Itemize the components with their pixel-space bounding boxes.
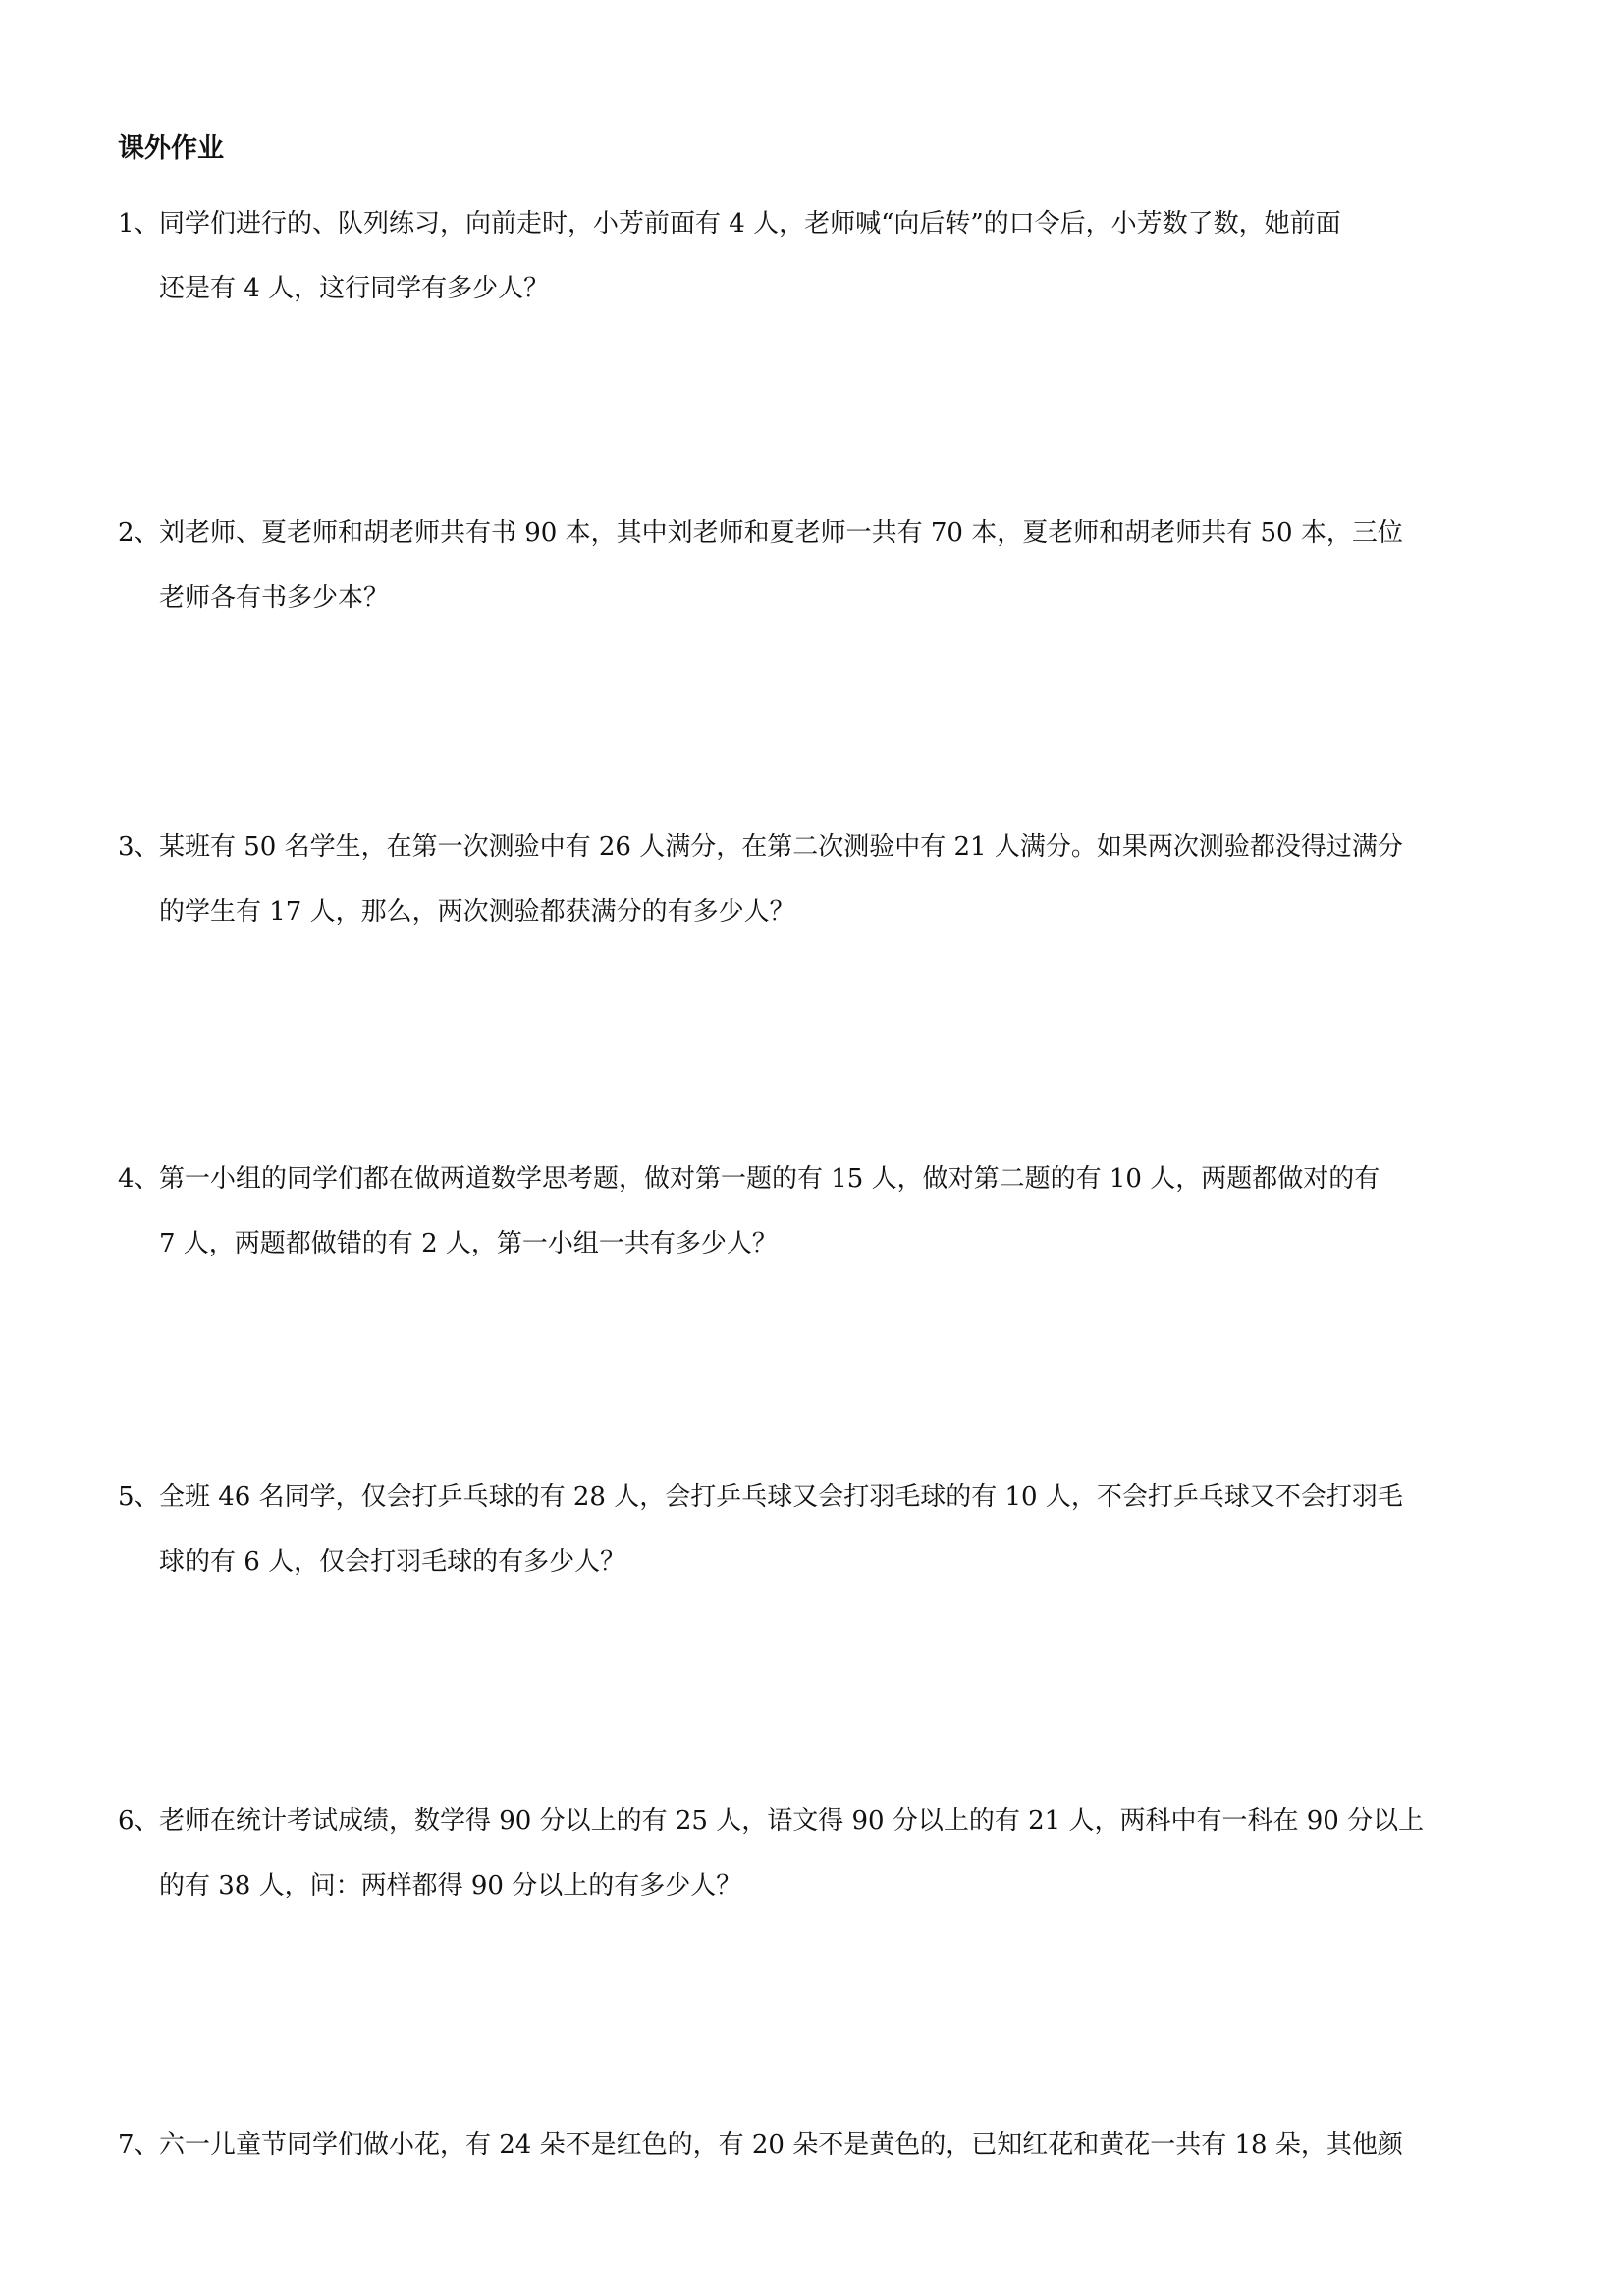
question-text: 刘老师、夏老师和胡老师共有书 90 本，其中刘老师和夏老师一共有 70 本，夏老…	[159, 518, 1403, 548]
question-2: 2、刘老师、夏老师和胡老师共有书 90 本，其中刘老师和夏老师一共有 70 本，…	[118, 501, 1522, 630]
question-number: 7、	[118, 2112, 159, 2177]
question-number: 3、	[118, 815, 159, 880]
question-1: 1、同学们进行的、队列练习，向前走时，小芳前面有 4 人，老师喊“向后转”的口令…	[118, 191, 1522, 321]
question-5-line-2: 球的有 6 人，仅会打羽毛球的有多少人？	[118, 1529, 1522, 1594]
question-3-line-1: 3、某班有 50 名学生，在第一次测验中有 26 人满分，在第二次测验中有 21…	[118, 815, 1522, 880]
question-3: 3、某班有 50 名学生，在第一次测验中有 26 人满分，在第二次测验中有 21…	[118, 815, 1522, 944]
question-3-line-2: 的学生有 17 人，那么，两次测验都获满分的有多少人？	[118, 880, 1522, 944]
question-4: 4、第一小组的同学们都在做两道数学思考题，做对第一题的有 15 人，做对第二题的…	[118, 1147, 1522, 1276]
question-text: 六一儿童节同学们做小花，有 24 朵不是红色的，有 20 朵不是黄色的，已知红花…	[159, 2130, 1403, 2160]
question-7: 7、六一儿童节同学们做小花，有 24 朵不是红色的，有 20 朵不是黄色的，已知…	[118, 2112, 1522, 2177]
question-number: 6、	[118, 1789, 159, 1853]
question-4-line-2: 7 人，两题都做错的有 2 人，第一小组一共有多少人？	[118, 1211, 1522, 1276]
question-6-line-2: 的有 38 人，问：两样都得 90 分以上的有多少人？	[118, 1853, 1522, 1918]
question-2-line-1: 2、刘老师、夏老师和胡老师共有书 90 本，其中刘老师和夏老师一共有 70 本，…	[118, 501, 1522, 565]
question-5: 5、全班 46 名同学，仅会打乒乓球的有 28 人，会打乒乓球又会打羽毛球的有 …	[118, 1465, 1522, 1594]
question-text: 老师在统计考试成绩，数学得 90 分以上的有 25 人，语文得 90 分以上的有…	[159, 1806, 1424, 1836]
question-1-line-2: 还是有 4 人，这行同学有多少人？	[118, 256, 1522, 321]
worksheet-title: 课外作业	[118, 130, 224, 169]
question-5-line-1: 5、全班 46 名同学，仅会打乒乓球的有 28 人，会打乒乓球又会打羽毛球的有 …	[118, 1465, 1522, 1529]
question-text: 全班 46 名同学，仅会打乒乓球的有 28 人，会打乒乓球又会打羽毛球的有 10…	[159, 1482, 1403, 1512]
question-7-line-1: 7、六一儿童节同学们做小花，有 24 朵不是红色的，有 20 朵不是黄色的，已知…	[118, 2112, 1522, 2177]
question-4-line-1: 4、第一小组的同学们都在做两道数学思考题，做对第一题的有 15 人，做对第二题的…	[118, 1147, 1522, 1211]
question-6: 6、老师在统计考试成绩，数学得 90 分以上的有 25 人，语文得 90 分以上…	[118, 1789, 1522, 1918]
question-number: 2、	[118, 501, 159, 565]
question-text: 第一小组的同学们都在做两道数学思考题，做对第一题的有 15 人，做对第二题的有 …	[159, 1164, 1380, 1194]
question-2-line-2: 老师各有书多少本？	[118, 565, 1522, 630]
question-1-line-1: 1、同学们进行的、队列练习，向前走时，小芳前面有 4 人，老师喊“向后转”的口令…	[118, 191, 1522, 256]
question-number: 1、	[118, 191, 159, 256]
question-text: 某班有 50 名学生，在第一次测验中有 26 人满分，在第二次测验中有 21 人…	[159, 832, 1403, 862]
question-number: 4、	[118, 1147, 159, 1211]
question-text: 同学们进行的、队列练习，向前走时，小芳前面有 4 人，老师喊“向后转”的口令后，…	[159, 209, 1341, 239]
worksheet-page: 课外作业 1、同学们进行的、队列练习，向前走时，小芳前面有 4 人，老师喊“向后…	[0, 0, 1624, 2296]
question-6-line-1: 6、老师在统计考试成绩，数学得 90 分以上的有 25 人，语文得 90 分以上…	[118, 1789, 1522, 1853]
question-number: 5、	[118, 1465, 159, 1529]
